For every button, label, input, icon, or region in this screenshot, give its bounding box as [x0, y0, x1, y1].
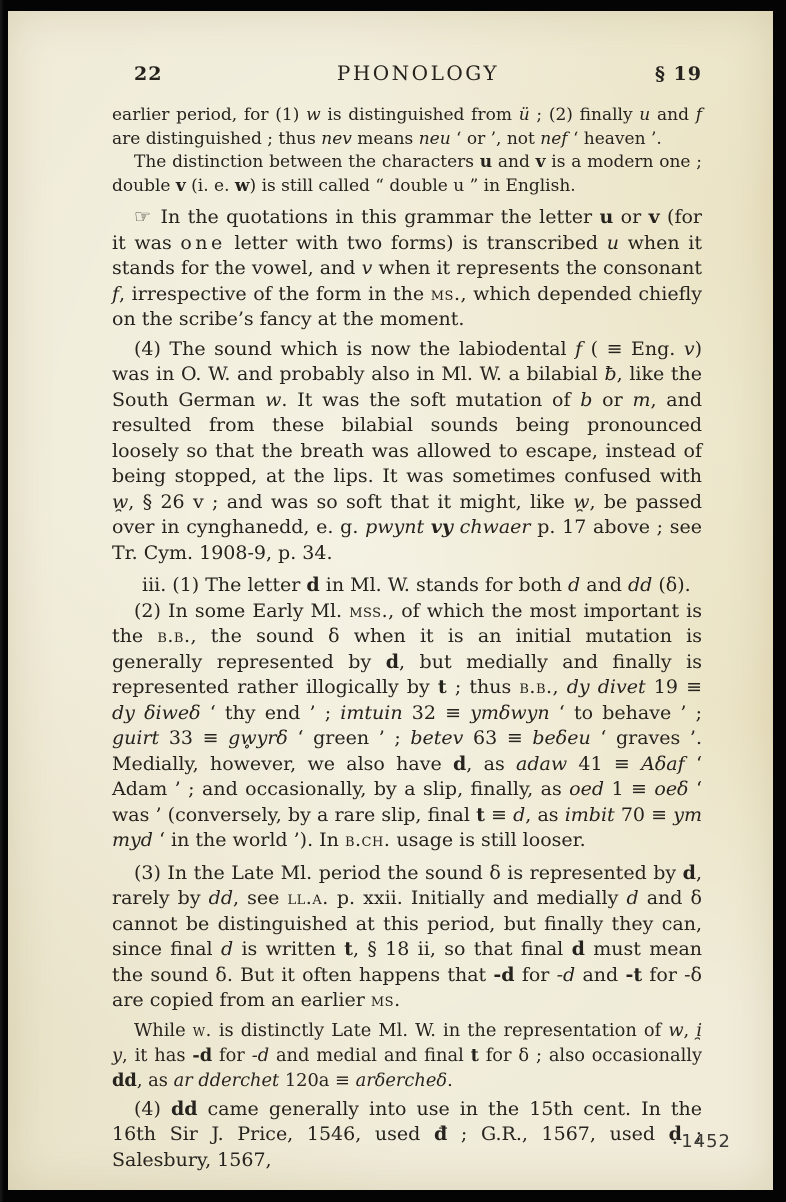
para-4-dd-15th-cent: (4) dd came generally into use in the 15…	[112, 1097, 702, 1174]
para-3-late-ml-period: (3) In the Late Ml. period the sound δ i…	[112, 861, 702, 1014]
page-number: 22	[112, 63, 224, 85]
para-2-early-ml-mss: (2) In some Early Ml. mss., of which the…	[112, 599, 702, 854]
para-while-w-note: While w. is distinctly Late Ml. W. in th…	[112, 1018, 702, 1093]
para-continuation-uv-note: earlier period, for (1) w is distinguish…	[112, 104, 702, 151]
page-title: PHONOLOGY	[224, 61, 612, 85]
para-iii-letter-d: iii. (1) The letter d in Ml. W. stands f…	[112, 573, 702, 599]
page-body: earlier period, for (1) w is distinguish…	[112, 104, 702, 1173]
book-page: 22 PHONOLOGY § 19 earlier period, for (1…	[8, 11, 773, 1190]
section-number: § 19	[612, 63, 702, 85]
scan-sequence-number: 1452	[681, 1131, 731, 1152]
para-manicule-transcription: ☞ In the quotations in this grammar the …	[112, 205, 702, 333]
text-column: 22 PHONOLOGY § 19 earlier period, for (1…	[112, 11, 702, 1173]
para-4-labiodental-f: (4) The sound which is now the labiodent…	[112, 337, 702, 567]
running-head: 22 PHONOLOGY § 19	[112, 11, 702, 85]
para-distinction-note: The distinction between the characters u…	[112, 151, 702, 198]
